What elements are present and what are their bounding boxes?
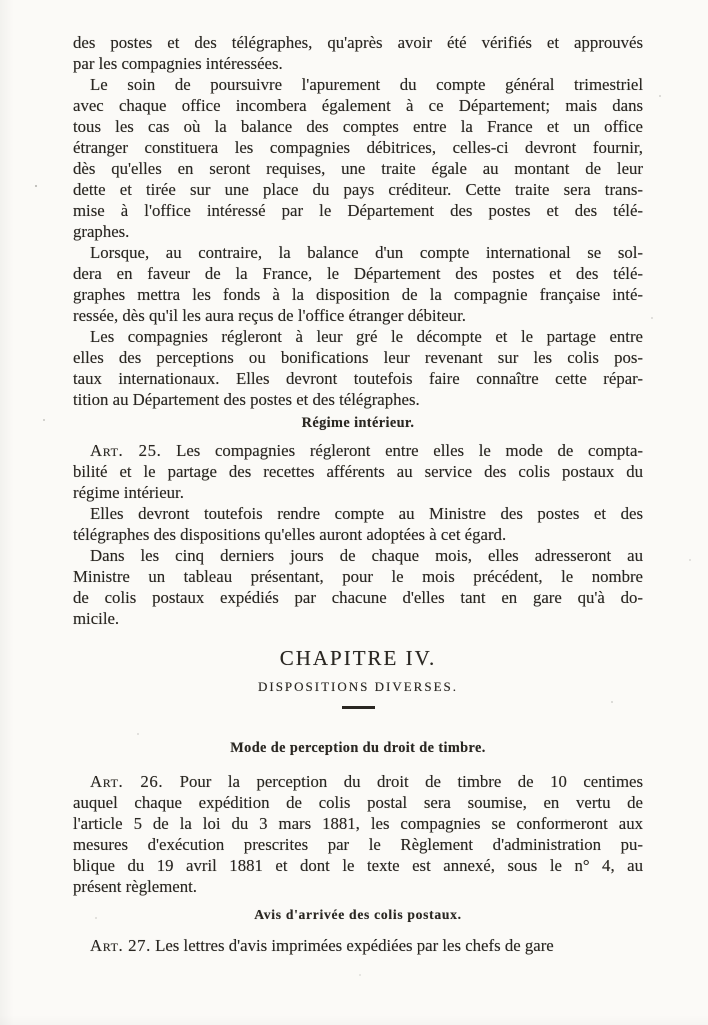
article-number-label: Art. 25. <box>90 441 161 460</box>
text-line: bilité et le partage des recettes affére… <box>73 461 643 482</box>
section-divider-rule <box>342 706 375 709</box>
paragraph-rendre-compte: Elles devront toutefois rendre compte au… <box>73 503 643 545</box>
text-line: par les compagnies intéressées. <box>73 53 643 74</box>
text-column: des postes et des télégraphes, qu'après … <box>73 32 643 956</box>
text-line: tous les cas où la balance des comptes e… <box>73 116 643 137</box>
text-line: Art. 27. Les lettres d'avis imprimées ex… <box>73 935 643 956</box>
text-line: Lorsque, au contraire, la balance d'un c… <box>73 242 643 263</box>
section-heading-droit-de-timbre: Mode de perception du droit de timbre. <box>73 739 643 757</box>
section-heading-regime-interieur: Régime intérieur. <box>73 414 643 432</box>
text-line: graphes mettra les fonds à la dispositio… <box>73 284 643 305</box>
text-line: tition au Département des postes et des … <box>73 389 643 410</box>
text-line: de colis postaux expédiés par chacune d'… <box>73 587 643 608</box>
paragraph-apurement: Le soin de poursuivre l'apurement du com… <box>73 74 643 242</box>
text-line: elles des perceptions ou bonifications l… <box>73 347 643 368</box>
text-line: avec chaque office incombera également à… <box>73 95 643 116</box>
scanned-page: des postes et des télégraphes, qu'après … <box>0 0 708 1025</box>
text-line: Elles devront toutefois rendre compte au… <box>73 503 643 524</box>
paragraph-partage: Les compagnies régleront à leur gré le d… <box>73 326 643 410</box>
text-line: mesures d'exécution prescrites par le Rè… <box>73 834 643 855</box>
text-line: Art. 25. Les compagnies régleront entre … <box>73 440 643 461</box>
text-line: Les compagnies régleront à leur gré le d… <box>73 326 643 347</box>
text-line: micile. <box>73 608 643 629</box>
article-number-label: Art. 27. <box>90 936 151 955</box>
paragraph-balance-france: Lorsque, au contraire, la balance d'un c… <box>73 242 643 326</box>
text-line: ressée, dès qu'il les aura reçus de l'of… <box>73 305 643 326</box>
paragraph-article-26: Art. 26. Pour la perception du droit de … <box>73 771 643 897</box>
text-line: Ministre un tableau présentant, pour le … <box>73 566 643 587</box>
text-line: dette et tirée sur une place du pays cré… <box>73 179 643 200</box>
text-line: étranger constituera les compagnies débi… <box>73 137 643 158</box>
text-line: dera en faveur de la France, le Départem… <box>73 263 643 284</box>
article-number-label: Art. 26. <box>90 772 163 791</box>
text-line: auquel chaque expédition de colis postal… <box>73 792 643 813</box>
text-line: l'article 5 de la loi du 3 mars 1881, le… <box>73 813 643 834</box>
text-line: présent règlement. <box>73 876 643 897</box>
paragraph-tableau-mensuel: Dans les cinq derniers jours de chaque m… <box>73 545 643 629</box>
section-heading-avis-arrivee: Avis d'arrivée des colis postaux. <box>73 906 643 924</box>
text-line: taux internationaux. Elles devront toute… <box>73 368 643 389</box>
paragraph-article-25: Art. 25. Les compagnies régleront entre … <box>73 440 643 503</box>
text-line: Le soin de poursuivre l'apurement du com… <box>73 74 643 95</box>
text-line: télégraphes des dispositions qu'elles au… <box>73 524 643 545</box>
text-line: graphes. <box>73 221 643 242</box>
chapter-title: CHAPITRE IV. <box>73 645 643 671</box>
text-line: des postes et des télégraphes, qu'après … <box>73 32 643 53</box>
chapter-subtitle: DISPOSITIONS DIVERSES. <box>73 678 643 695</box>
text-line: régime intérieur. <box>73 482 643 503</box>
text-line: dès qu'elles en seront requises, une tra… <box>73 158 643 179</box>
text-line: mise à l'office intéressé par le Départe… <box>73 200 643 221</box>
paragraph-continuation: des postes et des télégraphes, qu'après … <box>73 32 643 74</box>
text-line: Dans les cinq derniers jours de chaque m… <box>73 545 643 566</box>
text-line: Art. 26. Pour la perception du droit de … <box>73 771 643 792</box>
paragraph-article-27: Art. 27. Les lettres d'avis imprimées ex… <box>73 935 643 956</box>
text-line: blique du 19 avril 1881 et dont le texte… <box>73 855 643 876</box>
